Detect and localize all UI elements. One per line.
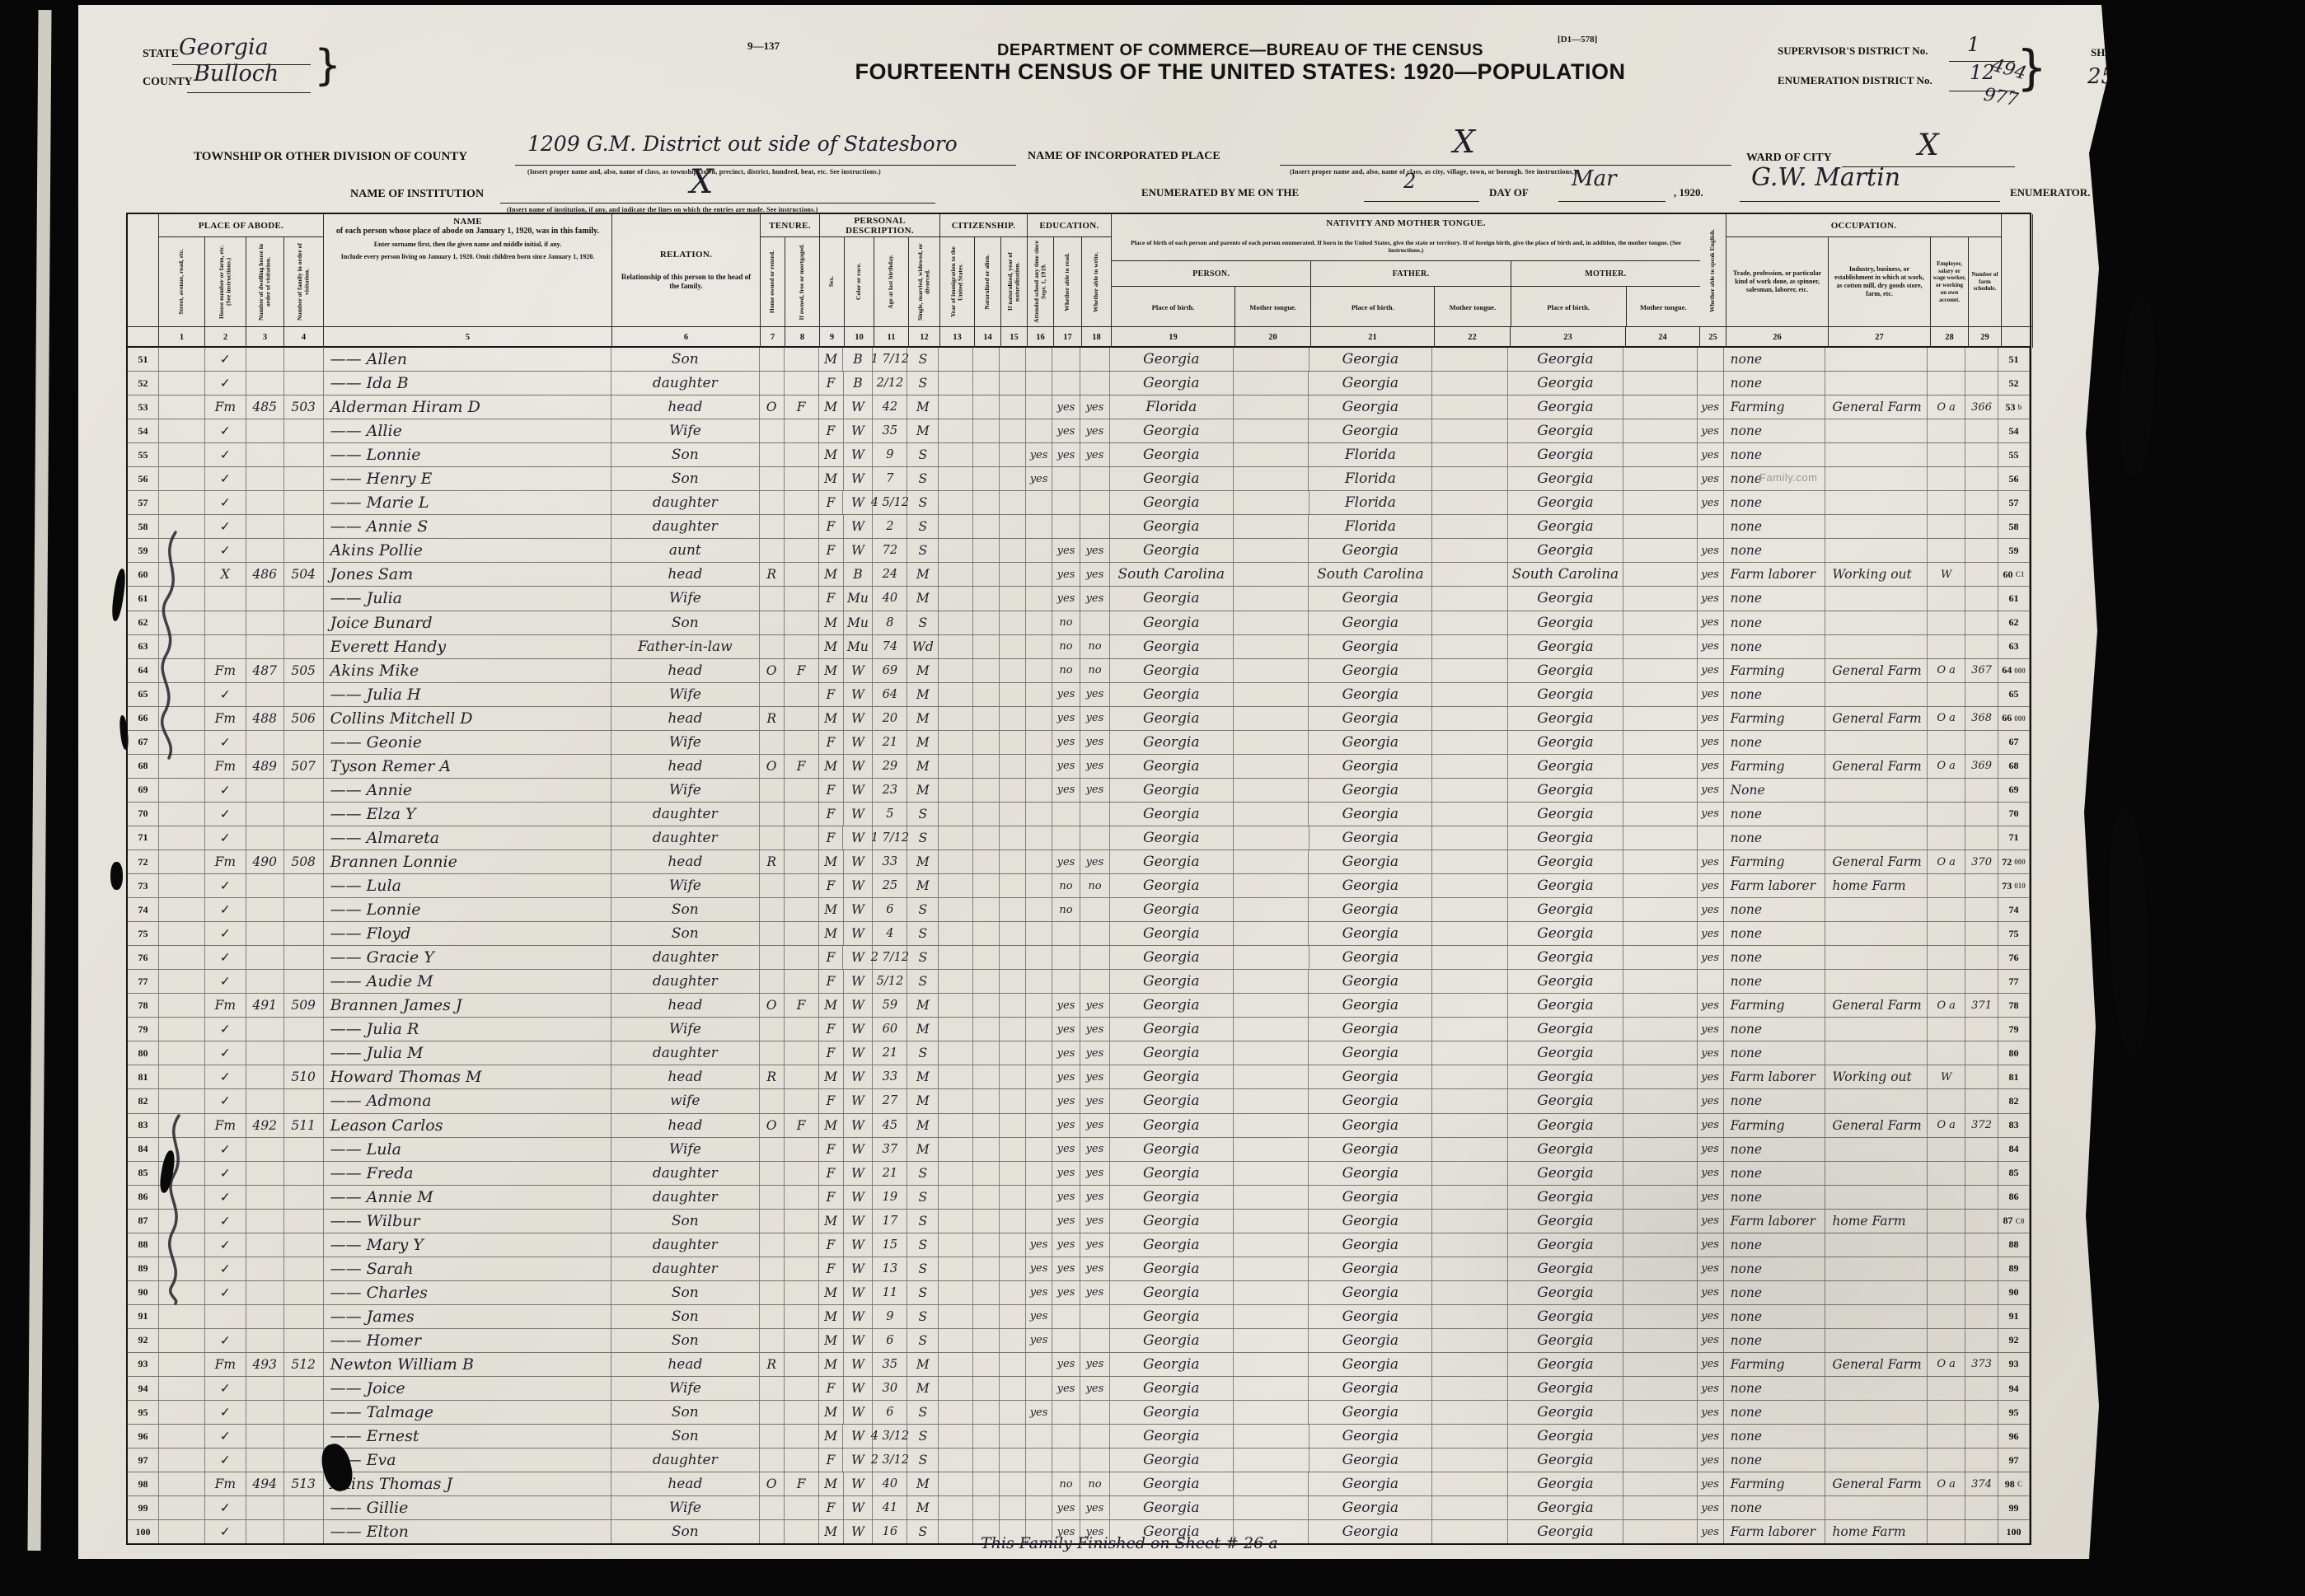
cell-marital-status-text: S bbox=[919, 1524, 928, 1539]
cell-mother-tongue-person bbox=[1234, 803, 1309, 826]
cell-dwelling-number: 490 bbox=[246, 850, 284, 873]
line-number-text: 74 bbox=[2009, 904, 2019, 916]
cell-birthplace-father: Georgia bbox=[1309, 372, 1432, 395]
cell-occupation-text: Farm laborer bbox=[1731, 567, 1815, 582]
cell-able-to-write bbox=[1080, 826, 1110, 849]
cell-birthplace-mother: Georgia bbox=[1508, 659, 1623, 682]
column-number: 25 bbox=[1700, 326, 1726, 348]
cell-industry bbox=[1825, 898, 1928, 921]
cell-employer-class bbox=[1928, 1377, 1965, 1400]
cell-able-to-write-text: yes bbox=[1086, 401, 1104, 414]
cell-family-number: 510 bbox=[284, 1065, 324, 1088]
cell-naturalization-year bbox=[1000, 1233, 1026, 1257]
line-number: 96 bbox=[128, 1425, 159, 1448]
cell-birthplace-person: South Carolina bbox=[1110, 563, 1234, 586]
cell-marital-status: M bbox=[907, 1377, 939, 1400]
cell-birthplace-father-text: Florida bbox=[1345, 494, 1396, 511]
cell-mortgage bbox=[785, 1089, 819, 1112]
cell-birthplace-mother-text: Georgia bbox=[1537, 590, 1593, 606]
cell-attended-school-text: yes bbox=[1030, 473, 1048, 485]
cell-able-to-read-text: yes bbox=[1057, 401, 1075, 414]
cell-employer-class bbox=[1928, 1329, 1965, 1352]
cell-marital-status: S bbox=[907, 1425, 939, 1448]
cell-birthplace-father: Georgia bbox=[1309, 1305, 1432, 1328]
cell-birthplace-father-text: Georgia bbox=[1342, 1117, 1398, 1134]
cell-farm-schedule-text: 374 bbox=[1971, 1478, 1992, 1491]
cell-able-to-read-text: yes bbox=[1057, 1143, 1075, 1155]
cell-able-to-read-text: yes bbox=[1057, 1191, 1075, 1203]
cell-name-text: —— Annie S bbox=[330, 517, 429, 536]
cell-sex: M bbox=[819, 467, 844, 490]
cell-able-to-read-text: yes bbox=[1057, 1095, 1075, 1107]
cell-birthplace-father: Florida bbox=[1309, 443, 1432, 466]
cell-occupation: none bbox=[1724, 1162, 1826, 1185]
state-value: Georgia bbox=[179, 35, 269, 60]
cell-speaks-english-text: yes bbox=[1701, 401, 1719, 414]
cell-sex: F bbox=[819, 1162, 844, 1185]
cell-mortgage bbox=[785, 635, 819, 658]
cell-race: W bbox=[844, 779, 874, 802]
cell-age-text: 45 bbox=[883, 1119, 897, 1132]
cell-able-to-write-text: yes bbox=[1086, 1358, 1104, 1370]
cell-farm-schedule bbox=[1965, 1065, 1998, 1088]
incorporated-place-value: X bbox=[1453, 124, 1475, 160]
cell-industry: Working out bbox=[1825, 1065, 1928, 1088]
cell-occupation: none bbox=[1724, 611, 1826, 634]
cell-able-to-read-text: yes bbox=[1057, 1047, 1075, 1060]
cell-dwelling-number-text: 485 bbox=[252, 400, 277, 414]
cell-naturalized bbox=[973, 1257, 1000, 1280]
cell-mother-tongue-mother bbox=[1623, 348, 1698, 371]
cell-house-farm: ✓ bbox=[205, 1496, 246, 1519]
cell-dwelling-number: 488 bbox=[246, 707, 284, 730]
cell-race: W bbox=[844, 659, 874, 682]
cell-farm-schedule bbox=[1965, 874, 1998, 897]
cell-age: 40 bbox=[873, 587, 907, 610]
place-of-birth-label: Place of birth. bbox=[1511, 287, 1627, 326]
cell-able-to-write-text: yes bbox=[1086, 425, 1104, 438]
cell-family-number bbox=[284, 611, 324, 634]
cell-mother-tongue-mother bbox=[1623, 1257, 1698, 1280]
cell-marital-status-text: S bbox=[919, 902, 928, 917]
cell-race-text: B bbox=[853, 567, 862, 582]
cell-mother-tongue-mother bbox=[1623, 1210, 1698, 1233]
cell-birthplace-mother: Georgia bbox=[1508, 1496, 1623, 1519]
cell-able-to-read bbox=[1052, 803, 1080, 826]
cell-mother-tongue-father bbox=[1432, 372, 1508, 395]
table-row: 74✓—— LonnieSonMW6SnoGeorgiaGeorgiaGeorg… bbox=[128, 898, 2030, 922]
cell-able-to-read: no bbox=[1052, 1472, 1080, 1495]
cell-name: —— Eva bbox=[324, 1449, 611, 1472]
cell-birthplace-person: Georgia bbox=[1110, 539, 1234, 562]
cell-family-number bbox=[284, 491, 324, 514]
cell-naturalization-year bbox=[1000, 1210, 1026, 1233]
cell-birthplace-mother-text: Georgia bbox=[1537, 1380, 1593, 1397]
cell-able-to-write: yes bbox=[1080, 1114, 1110, 1137]
cell-birthplace-mother: Georgia bbox=[1508, 491, 1623, 514]
cell-birthplace-mother: Georgia bbox=[1508, 1233, 1623, 1257]
cell-marital-status-text: M bbox=[916, 567, 930, 582]
cell-home-owned: R bbox=[760, 707, 785, 730]
cell-name-text: Akins Mike bbox=[330, 662, 419, 680]
cell-immigration-year bbox=[939, 1425, 973, 1448]
cell-name: Joice Bunard bbox=[324, 611, 611, 634]
cell-mother-tongue-mother bbox=[1623, 1472, 1698, 1495]
line-number: 57 bbox=[1998, 491, 2030, 514]
cell-mother-tongue-mother bbox=[1623, 659, 1698, 682]
cell-race: W bbox=[844, 1496, 874, 1519]
cell-marital-status-text: M bbox=[916, 711, 930, 726]
cell-dwelling-number bbox=[246, 1401, 284, 1424]
cell-able-to-read bbox=[1052, 515, 1080, 538]
cell-name: —— Joice bbox=[324, 1377, 611, 1400]
line-number-text: 57 bbox=[138, 497, 148, 509]
cell-birthplace-father: Georgia bbox=[1309, 1065, 1432, 1088]
cell-occupation-text: none bbox=[1731, 543, 1762, 558]
cell-birthplace-person: Georgia bbox=[1110, 755, 1234, 778]
cell-age-text: 35 bbox=[883, 424, 897, 438]
cell-mother-tongue-mother bbox=[1623, 1162, 1698, 1185]
cell-relation: daughter bbox=[611, 826, 760, 849]
cell-marital-status-text: M bbox=[916, 1022, 930, 1037]
cell-naturalization-year bbox=[1000, 707, 1026, 730]
table-row: 69✓—— AnnieWifeFW23MyesyesGeorgiaGeorgia… bbox=[128, 779, 2030, 803]
cell-speaks-english-text: yes bbox=[1701, 497, 1719, 509]
cell-naturalized bbox=[973, 395, 1000, 419]
cell-naturalized bbox=[973, 1089, 1000, 1112]
cell-birthplace-person: Georgia bbox=[1110, 1257, 1234, 1280]
cell-birthplace-mother-text: Georgia bbox=[1537, 1165, 1593, 1182]
cell-marital-status-text: S bbox=[919, 974, 928, 989]
cell-birthplace-father-text: Georgia bbox=[1342, 1476, 1398, 1492]
cell-birthplace-mother-text: Georgia bbox=[1537, 1093, 1593, 1109]
cell-able-to-write: yes bbox=[1080, 1257, 1110, 1280]
cell-occupation-text: None bbox=[1731, 783, 1765, 798]
cell-age-text: 5/12 bbox=[877, 975, 904, 988]
cell-able-to-read-text: yes bbox=[1057, 569, 1075, 581]
cell-relation: head bbox=[611, 563, 760, 586]
column-number: 18 bbox=[1082, 326, 1112, 348]
cell-mother-tongue-father bbox=[1432, 898, 1508, 921]
supervisor-district-value: 1 bbox=[1967, 33, 1979, 56]
cell-speaks-english: yes bbox=[1698, 395, 1724, 419]
cell-farm-schedule: 366 bbox=[1965, 395, 1998, 419]
cell-birthplace-father: Georgia bbox=[1309, 731, 1432, 754]
cell-occupation-text: none bbox=[1731, 1046, 1762, 1060]
cell-birthplace-person: Georgia bbox=[1110, 1472, 1234, 1495]
cell-relation-text: Wife bbox=[669, 782, 701, 798]
cell-employer-class bbox=[1928, 1138, 1965, 1161]
cell-relation: head bbox=[611, 994, 760, 1017]
cell-birthplace-mother-text: Georgia bbox=[1537, 1332, 1593, 1349]
cell-able-to-read bbox=[1052, 970, 1080, 993]
cell-birthplace-father-text: Georgia bbox=[1342, 1500, 1398, 1516]
cell-occupation: none bbox=[1724, 970, 1826, 993]
bleed-through-mark: 010 bbox=[2014, 882, 2026, 890]
cell-relation: head bbox=[611, 1065, 760, 1088]
cell-speaks-english-text: yes bbox=[1701, 1071, 1719, 1084]
cell-employer-class-text: W bbox=[1941, 1071, 1951, 1084]
cell-naturalization-year bbox=[1000, 1401, 1026, 1424]
cell-birthplace-father: Georgia bbox=[1309, 659, 1432, 682]
cell-naturalization-year bbox=[1000, 611, 1026, 634]
group-personal-description: PERSONAL DESCRIPTION. bbox=[820, 214, 940, 237]
line-number-text: 90 bbox=[2009, 1286, 2019, 1299]
cell-dwelling-number bbox=[246, 348, 284, 371]
cell-marital-status-text: S bbox=[919, 1333, 928, 1348]
table-row: 88✓—— Mary YdaughterFW15SyesyesyesGeorgi… bbox=[128, 1233, 2030, 1257]
line-number: 95 bbox=[1998, 1401, 2030, 1424]
cell-age: 5 bbox=[873, 803, 907, 826]
cell-family-number bbox=[284, 1018, 324, 1041]
cell-relation: Wife bbox=[611, 1377, 760, 1400]
line-number: 76 bbox=[128, 946, 159, 969]
cell-race: W bbox=[844, 1401, 874, 1424]
cell-birthplace-person: Georgia bbox=[1110, 1089, 1234, 1112]
cell-mother-tongue-mother bbox=[1623, 1114, 1698, 1137]
cell-home-owned-text: O bbox=[766, 998, 777, 1013]
column-header-col25: Whether able to speak English. bbox=[1700, 214, 1726, 326]
cell-employer-class: O a bbox=[1928, 994, 1965, 1017]
cell-mother-tongue-mother bbox=[1623, 970, 1698, 993]
cell-mortgage bbox=[785, 1162, 819, 1185]
cell-speaks-english-text: yes bbox=[1701, 1310, 1719, 1322]
cell-mother-tongue-mother bbox=[1623, 1089, 1698, 1112]
cell-street bbox=[159, 1018, 205, 1041]
cell-naturalized bbox=[973, 1186, 1000, 1209]
cell-attended-school bbox=[1026, 348, 1052, 371]
cell-sex-text: F bbox=[827, 1022, 836, 1037]
vertical-label-col2: House number or farm, etc. (See instruct… bbox=[218, 237, 232, 326]
cell-immigration-year bbox=[939, 611, 973, 634]
cell-industry-text: General Farm bbox=[1832, 759, 1921, 774]
cell-house-farm-text: Fm bbox=[215, 711, 236, 726]
cell-house-farm: X bbox=[205, 563, 246, 586]
cell-mother-tongue-father bbox=[1432, 1138, 1508, 1161]
cell-marital-status: S bbox=[907, 946, 939, 969]
cell-birthplace-father: Georgia bbox=[1309, 826, 1433, 849]
cell-race-text: W bbox=[851, 783, 864, 798]
cell-mother-tongue-father bbox=[1432, 1018, 1508, 1041]
cell-marital-status-text: S bbox=[919, 1238, 928, 1252]
table-row: 53Fm485503Alderman Hiram DheadOFMW42Myes… bbox=[128, 395, 2030, 419]
cell-age-text: 8 bbox=[886, 616, 893, 630]
cell-street bbox=[159, 850, 205, 873]
cell-birthplace-father-text: Georgia bbox=[1342, 686, 1398, 703]
cell-able-to-read-text: yes bbox=[1057, 1167, 1075, 1179]
vertical-label-col10: Color or race. bbox=[855, 261, 863, 302]
cell-name-text: Howard Thomas M bbox=[330, 1068, 482, 1086]
cell-able-to-write: yes bbox=[1080, 1186, 1110, 1209]
vertical-label-col15: If naturalized, year of naturalization. bbox=[1007, 237, 1021, 326]
cell-industry-text: General Farm bbox=[1832, 1477, 1921, 1491]
cell-age: 29 bbox=[873, 755, 907, 778]
cell-employer-class bbox=[1928, 1257, 1965, 1280]
name-title: NAME bbox=[453, 217, 482, 227]
cell-family-number: 513 bbox=[284, 1472, 324, 1495]
cell-marital-status-text: M bbox=[916, 854, 930, 869]
line-number-text: 74 bbox=[138, 904, 148, 916]
cell-employer-class bbox=[1928, 1210, 1965, 1233]
cell-race: W bbox=[844, 1089, 874, 1112]
cell-immigration-year bbox=[939, 635, 973, 658]
cell-able-to-read: yes bbox=[1052, 539, 1080, 562]
cell-industry-text: Working out bbox=[1832, 1069, 1911, 1084]
cell-family-number bbox=[284, 1138, 324, 1161]
line-number: 82 bbox=[1998, 1089, 2030, 1112]
line-number-text: 76 bbox=[2009, 952, 2019, 964]
cell-naturalization-year bbox=[1000, 467, 1026, 490]
cell-home-owned-text: R bbox=[766, 567, 776, 582]
cell-birthplace-person-text: Georgia bbox=[1143, 806, 1199, 822]
cell-attended-school bbox=[1026, 372, 1052, 395]
cell-sex: F bbox=[819, 419, 844, 442]
cell-marital-status-text: S bbox=[919, 1261, 928, 1276]
cell-naturalization-year bbox=[1000, 395, 1026, 419]
cell-attended-school bbox=[1026, 779, 1052, 802]
cell-mother-tongue-father bbox=[1432, 1210, 1508, 1233]
line-number: 73010 bbox=[1998, 874, 2030, 897]
cell-age: 8 bbox=[873, 611, 907, 634]
cell-mortgage-text: F bbox=[797, 1118, 806, 1133]
cell-mother-tongue-person bbox=[1234, 539, 1309, 562]
cell-family-number bbox=[284, 1089, 324, 1112]
cell-able-to-write: yes bbox=[1080, 1089, 1110, 1112]
cell-race: W bbox=[844, 1472, 874, 1495]
cell-mother-tongue-person bbox=[1234, 372, 1309, 395]
cell-birthplace-father-text: Georgia bbox=[1342, 1045, 1398, 1061]
cell-occupation: none bbox=[1724, 539, 1826, 562]
cell-speaks-english-text: yes bbox=[1701, 1286, 1719, 1299]
cell-house-farm: Fm bbox=[205, 707, 246, 730]
cell-sex-text: M bbox=[824, 471, 837, 486]
cell-sex-text: F bbox=[827, 1261, 836, 1276]
cell-mother-tongue-person bbox=[1234, 467, 1309, 490]
sheet-value: 25 bbox=[2087, 64, 2115, 89]
cell-speaks-english bbox=[1698, 372, 1724, 395]
cell-name-text: —— Elza Y bbox=[330, 805, 416, 823]
cell-speaks-english: yes bbox=[1698, 1353, 1724, 1376]
cell-sex: F bbox=[819, 372, 844, 395]
cell-name: —— Talmage bbox=[324, 1401, 611, 1424]
cell-race-text: W bbox=[851, 926, 864, 941]
cell-name: Alderman Hiram D bbox=[324, 395, 611, 419]
line-number: 77 bbox=[128, 970, 159, 993]
cell-industry bbox=[1825, 1186, 1928, 1209]
table-row: 98Fm494513Akins Thomas JheadOFMW40MnonoG… bbox=[128, 1472, 2030, 1496]
cell-birthplace-person: Georgia bbox=[1110, 1065, 1234, 1088]
cell-naturalization-year bbox=[1000, 348, 1026, 371]
cell-age-text: 42 bbox=[883, 400, 897, 414]
cell-farm-schedule bbox=[1965, 1138, 1998, 1161]
cell-dwelling-number bbox=[246, 1089, 284, 1112]
cell-race-text: W bbox=[851, 1022, 864, 1037]
cell-farm-schedule bbox=[1965, 946, 1998, 969]
cell-mother-tongue-mother bbox=[1623, 994, 1698, 1017]
cell-mother-tongue-father bbox=[1432, 1353, 1508, 1376]
cell-age-text: 21 bbox=[883, 1167, 897, 1180]
cell-house-farm-text: ✓ bbox=[220, 878, 231, 893]
cell-immigration-year bbox=[939, 1186, 973, 1209]
cell-relation-text: head bbox=[668, 662, 702, 679]
cell-able-to-read bbox=[1052, 1449, 1080, 1472]
cell-family-number: 505 bbox=[284, 659, 324, 682]
cell-naturalization-year bbox=[1000, 850, 1026, 873]
cell-employer-class bbox=[1928, 491, 1965, 514]
cell-birthplace-person-text: Georgia bbox=[1143, 1117, 1199, 1134]
cell-naturalization-year bbox=[1000, 970, 1026, 993]
cell-speaks-english: yes bbox=[1698, 850, 1724, 873]
cell-birthplace-person-text: South Carolina bbox=[1118, 566, 1225, 583]
cell-name-text: Everett Handy bbox=[330, 638, 447, 656]
cell-mother-tongue-person bbox=[1234, 994, 1309, 1017]
census-table: PLACE OF ABODE.TENURE.PERSONAL DESCRIPTI… bbox=[126, 213, 2031, 1545]
cell-birthplace-person: Georgia bbox=[1110, 611, 1234, 634]
cell-race: B bbox=[844, 372, 874, 395]
cell-able-to-read-text: no bbox=[1059, 664, 1072, 676]
cell-sex: M bbox=[819, 443, 844, 466]
cell-marital-status: M bbox=[907, 1065, 939, 1088]
cell-relation: Son bbox=[611, 1281, 760, 1304]
cell-birthplace-father-text: Georgia bbox=[1342, 878, 1398, 894]
cell-attended-school bbox=[1026, 587, 1052, 610]
cell-relation: Wife bbox=[611, 1496, 760, 1519]
cell-birthplace-father-text: Georgia bbox=[1342, 782, 1398, 798]
cell-occupation: none bbox=[1724, 898, 1826, 921]
cell-marital-status-text: S bbox=[919, 1046, 928, 1060]
cell-family-number bbox=[284, 348, 324, 371]
cell-naturalized bbox=[973, 467, 1000, 490]
cell-occupation-text: Farming bbox=[1731, 998, 1785, 1013]
cell-sex-text: F bbox=[827, 591, 836, 606]
cell-immigration-year bbox=[939, 1449, 973, 1472]
cell-birthplace-mother-text: Georgia bbox=[1537, 854, 1593, 870]
cell-name-text: —— Mary Y bbox=[330, 1236, 424, 1254]
cell-birthplace-father: Florida bbox=[1309, 467, 1432, 490]
cell-employer-class: W bbox=[1928, 1065, 1965, 1088]
column-header-col16: Attended school any time since Sept. 1, … bbox=[1028, 237, 1054, 326]
cell-name: —— Gracie Y bbox=[324, 946, 611, 969]
cell-birthplace-person-text: Georgia bbox=[1143, 1237, 1199, 1253]
cell-occupation: none bbox=[1724, 1233, 1826, 1257]
cell-able-to-write-text: yes bbox=[1086, 1047, 1104, 1060]
cell-birthplace-mother-text: Georgia bbox=[1537, 1021, 1593, 1037]
cell-mortgage bbox=[785, 731, 819, 754]
cell-attended-school bbox=[1026, 539, 1052, 562]
cell-race: W bbox=[844, 803, 874, 826]
cell-able-to-read-text: yes bbox=[1057, 1262, 1075, 1275]
column-number: 28 bbox=[1931, 326, 1969, 348]
cell-age: 19 bbox=[873, 1186, 907, 1209]
cell-immigration-year bbox=[939, 1281, 973, 1304]
cell-able-to-read: yes bbox=[1052, 1496, 1080, 1519]
cell-able-to-read: no bbox=[1052, 898, 1080, 921]
cell-street bbox=[159, 419, 205, 442]
cell-marital-status: M bbox=[907, 395, 939, 419]
cell-race-text: W bbox=[851, 1166, 864, 1181]
cell-house-farm: ✓ bbox=[205, 970, 246, 993]
sheet-letter: B bbox=[2143, 63, 2156, 85]
cell-able-to-write: no bbox=[1080, 635, 1110, 658]
column-header-col3: Number of dwelling house in order of vis… bbox=[246, 237, 284, 326]
cell-name: —— Sarah bbox=[324, 1257, 611, 1280]
cell-marital-status: M bbox=[907, 1472, 939, 1495]
cell-immigration-year bbox=[939, 683, 973, 706]
cell-speaks-english-text: yes bbox=[1701, 1167, 1719, 1179]
line-number: 96 bbox=[1998, 1425, 2030, 1448]
line-number-text: 71 bbox=[138, 831, 148, 844]
cell-mother-tongue-mother bbox=[1623, 1041, 1698, 1065]
